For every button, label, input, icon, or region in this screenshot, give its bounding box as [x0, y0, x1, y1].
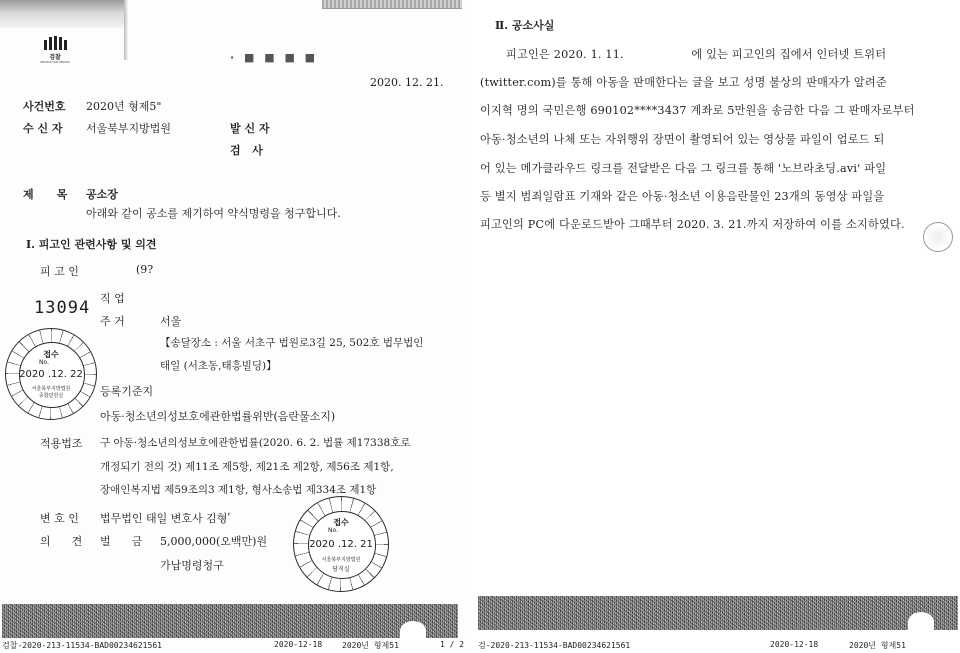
indictment-fact-line-4: 아동·청소년의 나체 또는 자위행위 장면이 촬영되어 있는 영상물 파일이 업… — [480, 131, 885, 147]
stamp-date: 2020 .12. 21 — [294, 539, 388, 550]
sender-label: 발 신 자 — [230, 120, 270, 136]
defendant-value: (9? — [136, 263, 153, 276]
applicable-law-line-1: 구 아동·청소년의성보호에관한법률(2020. 6. 2. 법률 제17338호… — [100, 435, 410, 450]
case-number-value: 2020년 형제5" — [86, 98, 161, 114]
footer-date: 2020-12-18 — [770, 640, 818, 649]
footer-document-id: 검-2020-213-11534-BAD00234621561 — [478, 640, 630, 651]
attorney-label: 변 호 인 — [40, 510, 79, 526]
scan-notch — [908, 612, 934, 632]
defendant-label: 피 고 인 — [40, 263, 79, 279]
footer-case-number: 2020년 형제51 — [342, 640, 399, 651]
subject-label: 제 목 — [23, 186, 67, 202]
stamp-no-label: No. — [0, 359, 96, 366]
opinion-label: 의 견 — [40, 533, 82, 549]
attorney-value: 법무법인 태일 변호사 김형ʹ — [100, 510, 230, 526]
handwritten-receipt-number: 13094 — [34, 298, 90, 318]
scan-notch — [400, 621, 426, 641]
applicable-law-line-3: 장애인복지법 제59조의3 제1항, 형사소송법 제334조 제1항 — [100, 482, 376, 497]
stamp-office-name: 당직실 — [294, 564, 388, 573]
section-1-heading: Ⅰ. 피고인 관련사항 및 의견 — [26, 236, 157, 252]
charge-name: 아동·청소년의성보호에관한법률위반(음란물소지) — [100, 408, 335, 424]
scan-fold-artifact — [0, 0, 128, 28]
applicable-law-line-2: 개정되기 전의 것) 제11조 제5항, 제21조 제2항, 제56조 제1항, — [100, 459, 394, 474]
stamp-court-name: 서울북부지방법원 — [6, 385, 96, 392]
indictment-fact-line-7: 피고인의 PC에 다운로드받아 그때부터 2020. 3. 21.까지 저장하여… — [480, 216, 905, 232]
delivery-address-line-1: 【송달장소 : 서울 서초구 법원로3길 25, 502호 법무법인 — [160, 335, 423, 350]
footer-page-number: 1 / 2 — [440, 640, 464, 649]
indictment-fact-line-5: 어 있는 메가클라우드 링크를 전달받은 다음 그 링크를 통해 '노브라초딩.… — [480, 160, 886, 176]
subject-value: 공소장 — [86, 186, 118, 202]
address-label: 주 거 — [100, 313, 125, 329]
footer-date: 2020-12-18 — [274, 640, 322, 649]
footer-document-id: 검찰-2020-213-11534-BAD00234621561 — [2, 640, 162, 651]
indictment-page-1: 검찰 PROSECUTION SERVICE · ■ ■ ■ ■ 2020. 1… — [0, 0, 470, 653]
indictment-fact-line-3: 이지혁 명의 국민은행 690102****3437 계좌로 5만원을 송금한 … — [480, 102, 915, 118]
registration-label: 등록기준지 — [100, 383, 153, 399]
sender-title: 검 사 — [230, 142, 263, 158]
logo-bars-icon — [40, 36, 70, 50]
provisional-payment-request: 가납명령청구 — [160, 557, 224, 573]
indictment-fact-line-2: (twitter.com)를 통해 아동을 판매한다는 글을 보고 성명 불상의… — [480, 74, 887, 90]
recipient-value: 서울북부지방법원 — [86, 120, 171, 136]
indictment-fact-line-1: 피고인은 2020. 1. 11. 에 있는 피고인의 집에서 인터넷 트위터 — [480, 46, 886, 62]
recipient-label: 수 신 자 — [23, 120, 63, 136]
logo-text: 검찰 — [40, 52, 70, 61]
fine-label: 벌 금 — [100, 533, 142, 549]
logo-subtext: PROSECUTION SERVICE — [40, 61, 70, 64]
section-2-heading: Ⅱ. 공소사실 — [495, 17, 554, 33]
stamp-date: 2020 .12. 22 — [6, 369, 96, 380]
indictment-fact-line-6: 등 별지 범죄일람표 기재와 같은 아동·청소년 이용음란물인 23개의 동영상… — [480, 188, 884, 204]
court-receipt-stamp-2: 접수 No. 2020 .12. 21 서울북부지방법원 당직실 — [293, 496, 389, 592]
stamp-no-label: No. — [278, 527, 388, 534]
scan-barcode-strip — [2, 604, 458, 638]
page-seal-icon — [923, 222, 953, 252]
footer-case-number: 2020년 형제51 — [849, 640, 906, 651]
document-date: 2020. 12. 21. — [370, 76, 443, 89]
court-receipt-stamp-1: 접수 No. 2020 .12. 22 서울북부지방법원 종합민원실 — [5, 328, 97, 420]
scan-barcode-strip — [478, 596, 958, 630]
stamp-office-name: 종합민원실 — [6, 392, 96, 399]
case-number-label: 사건번호 — [23, 98, 66, 114]
document-title-fragment: · ■ ■ ■ ■ — [230, 51, 318, 64]
delivery-address-line-2: 태일 (서초동,태흥빌딩)】 — [160, 358, 277, 373]
address-value: 서울 — [160, 313, 181, 329]
indictment-page-2: Ⅱ. 공소사실 피고인은 2020. 1. 11. 에 있는 피고인의 집에서 … — [470, 0, 960, 653]
occupation-label: 직 업 — [100, 290, 125, 306]
applicable-law-label: 적용법조 — [40, 435, 83, 451]
prosecution-logo: 검찰 PROSECUTION SERVICE — [40, 36, 70, 64]
stamp-court-name: 서울북부지방법원 — [294, 556, 388, 563]
scan-fold-artifact — [322, 0, 462, 9]
fine-amount: 5,000,000(오백만)원 — [160, 533, 267, 549]
subject-description: 아래와 같이 공소를 제기하여 약식명령을 청구합니다. — [86, 205, 341, 221]
